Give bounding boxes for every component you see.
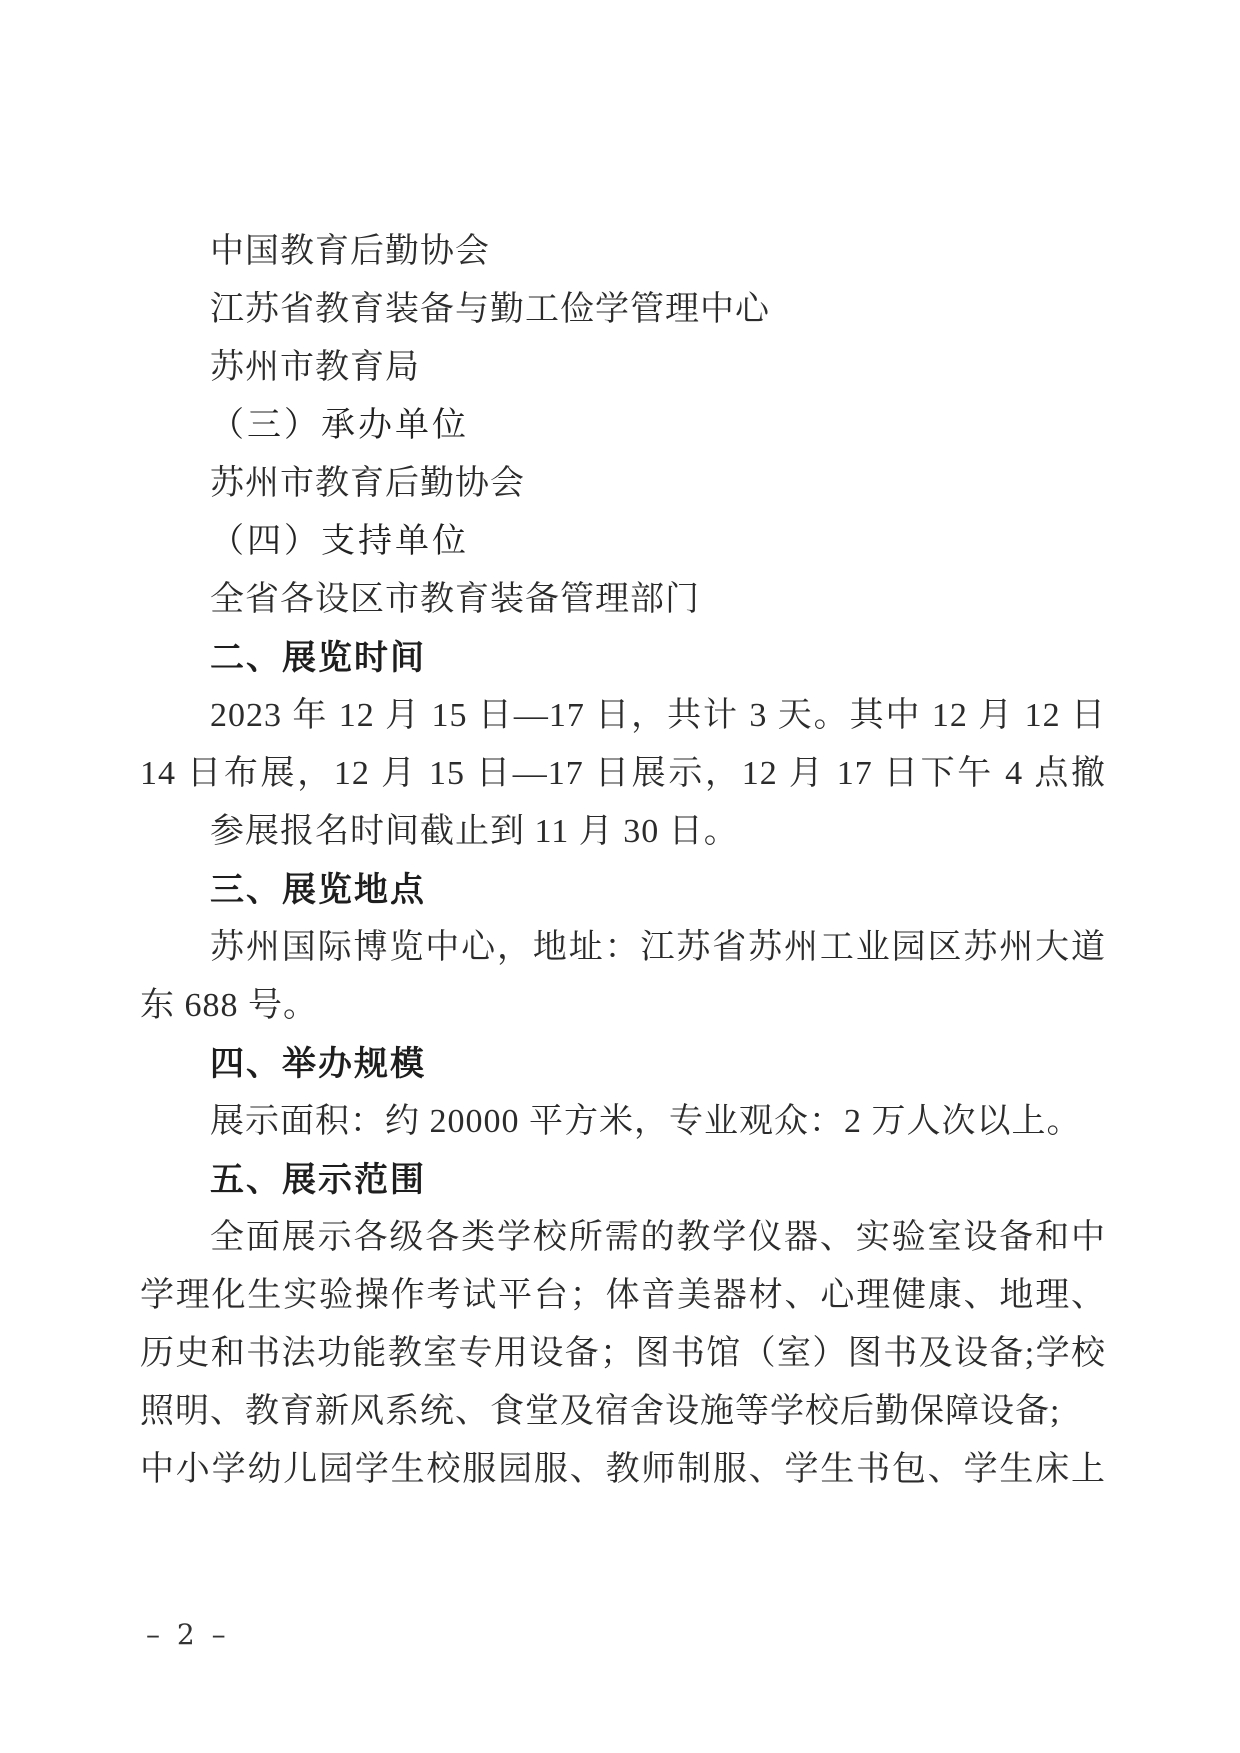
text-line: 全面展示各级各类学校所需的教学仪器、实验室设备和中	[140, 1209, 1106, 1267]
text-line: 苏州市教育后勤协会	[140, 455, 1106, 513]
section-heading: 四、举办规模	[140, 1035, 1106, 1093]
text-line: 学理化生实验操作考试平台；体音美器材、心理健康、地理、	[140, 1267, 1106, 1325]
text-line: 参展报名时间截止到 11 月 30 日。	[140, 803, 1106, 861]
text-line: 14 日布展，12 月 15 日—17 日展示，12 月 17 日下午 4 点撤…	[140, 745, 1106, 803]
document-page: 中国教育后勤协会 江苏省教育装备与勤工俭学管理中心 苏州市教育局 （三）承办单位…	[0, 0, 1240, 1753]
text-line: 中小学幼儿园学生校服园服、教师制服、学生书包、学生床上	[140, 1441, 1106, 1499]
subsection-label: （四）支持单位	[140, 513, 1106, 571]
text-line: 全省各设区市教育装备管理部门	[140, 571, 1106, 629]
page-footer: – 2 –	[146, 1615, 230, 1655]
text-line: 历史和书法功能教室专用设备；图书馆（室）图书及设备;学校	[140, 1325, 1106, 1383]
text-line: 东 688 号。	[140, 977, 1106, 1035]
page-number: – 2 –	[146, 1618, 230, 1651]
section-heading: 三、展览地点	[140, 861, 1106, 919]
text-line: 中国教育后勤协会	[140, 223, 1106, 281]
subsection-label: （三）承办单位	[140, 397, 1106, 455]
text-line: 苏州市教育局	[140, 339, 1106, 397]
section-heading: 五、展示范围	[140, 1151, 1106, 1209]
text-line: 2023 年 12 月 15 日—17 日，共计 3 天。其中 12 月 12 …	[140, 687, 1106, 745]
text-line: 江苏省教育装备与勤工俭学管理中心	[140, 281, 1106, 339]
text-line: 展示面积：约 20000 平方米，专业观众：2 万人次以上。	[140, 1093, 1106, 1151]
text-line: 苏州国际博览中心，地址：江苏省苏州工业园区苏州大道	[140, 919, 1106, 977]
section-heading: 二、展览时间	[140, 629, 1106, 687]
text-line: 照明、教育新风系统、食堂及宿舍设施等学校后勤保障设备;	[140, 1383, 1106, 1441]
document-text-block: 中国教育后勤协会 江苏省教育装备与勤工俭学管理中心 苏州市教育局 （三）承办单位…	[140, 223, 1106, 1499]
